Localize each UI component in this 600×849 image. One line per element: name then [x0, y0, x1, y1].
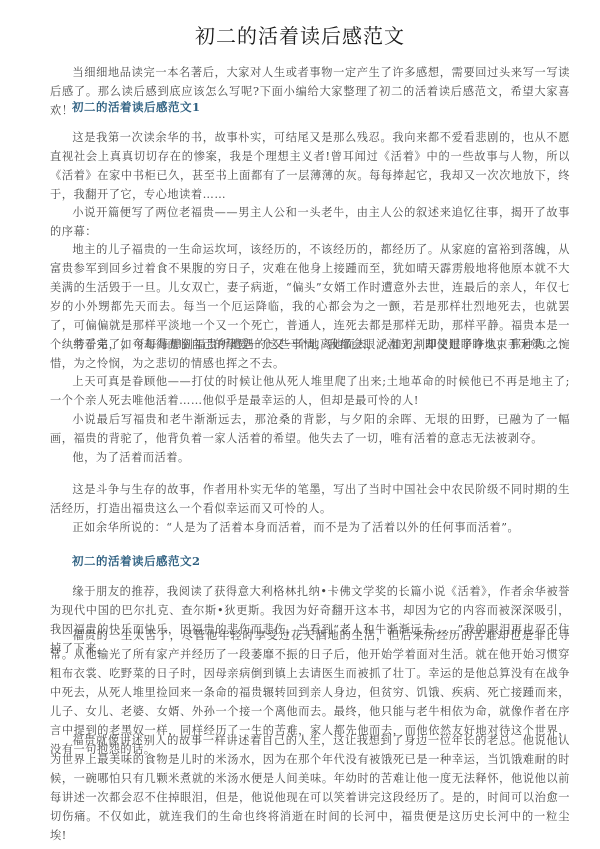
paragraph: 正如余华所说的：“人是为了活着本身而活着，而不是为了活着以外的任何事而活着”。	[50, 518, 570, 537]
section-2-heading: 初二的活着读后感范文2	[72, 553, 201, 569]
paragraph: 他，为了活着而活着。	[50, 448, 570, 467]
paragraph: 福贵就像讲述别人的故事一样讲述着自己的人生，这让我想到了身边一位年长的老总。他说…	[50, 731, 570, 845]
paragraph: 书看完了，可每每想到福贵所遭遇的这些事情，我都会眼泛泪光，即使过了许久，那种为之…	[50, 335, 570, 373]
paragraph: 小说开篇便写了两位老福贵——男主人公和一头老牛，由主人公的叙述来追忆往事，揭开了…	[50, 203, 570, 241]
page-title: 初二的活着读后感范文	[0, 20, 600, 49]
paragraph: 这是斗争与生存的故事，作者用朴实无华的笔墨，写出了当时中国社会中农民阶级不同时期…	[50, 480, 570, 518]
paragraph: 上天可真是眷顾他——打仗的时候让他从死人堆里爬了出来;土地革命的时候他已不再是地…	[50, 372, 570, 410]
section-1-heading: 初二的活着读后感范文1	[72, 99, 201, 115]
paragraph: 这是我第一次读余华的书，故事朴实，可结尾又是那么残忍。我向来都不爱看悲剧的，也从…	[50, 128, 570, 204]
paragraph: 小说最后写福贵和老牛渐渐远去，那沧桑的背影，与夕阳的余晖、无垠的田野，已融为了一…	[50, 410, 570, 448]
